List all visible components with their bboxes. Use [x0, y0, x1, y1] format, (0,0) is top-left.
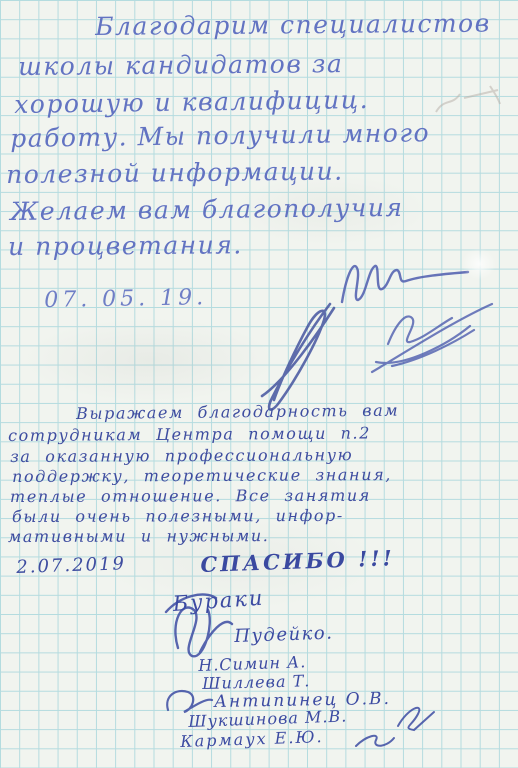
signature-flourish-1	[342, 266, 468, 302]
note2-line: мативными и нужными.	[8, 526, 270, 546]
signature-name: Кармаух Е.Ю.	[180, 727, 324, 751]
note2-thanks: СПАСИБО !!!	[200, 545, 395, 577]
note1-date: 07. 05. 19.	[44, 285, 207, 313]
signature-name: Бураки	[172, 586, 265, 616]
note1-line: работу. Мы получили много	[10, 118, 430, 153]
signature-flourishes	[0, 0, 518, 768]
scanned-page: Благодарим специалистов школы кандидатов…	[0, 0, 518, 768]
note2-line: теплые отношение. Все занятия	[10, 486, 371, 506]
signature-name: Пудейко.	[234, 623, 334, 647]
signature-name: Шукшинова М.В.	[188, 706, 348, 731]
note1-line: Благодарим специалистов	[95, 9, 491, 41]
note1-line: Желаем вам благополучия	[10, 193, 404, 226]
signature-flourish-4	[166, 594, 232, 656]
signature-flourish-3	[372, 304, 492, 372]
note1-line: школы кандидатов за	[18, 49, 343, 81]
signature-name: Антипинец О.В.	[214, 689, 391, 712]
note1-line: хорошую и квалифициц.	[14, 85, 369, 119]
signature-flourish-6	[398, 708, 434, 730]
signature-name: Шиллева Т.	[202, 671, 311, 693]
note2-line: поддержку, теоретические знания,	[12, 465, 392, 486]
note2-line: были очень полезными, инфор-	[12, 506, 344, 526]
signature-flourish-7	[356, 736, 394, 746]
note2-date: 2.07.2019	[16, 553, 126, 578]
correction-fluid-mark	[462, 248, 496, 280]
note2-line: Выражаем благодарность вам	[76, 401, 399, 423]
note2-line: сотрудникам Центра помощи п.2	[8, 423, 371, 445]
pencil-mark	[436, 86, 500, 112]
signature-name: Н.Симин А.	[198, 652, 307, 675]
signature-flourish-5	[167, 691, 212, 712]
signature-flourish-2	[262, 304, 334, 410]
note1-line: полезной информации.	[6, 156, 344, 189]
note1-line: и процветания.	[8, 230, 243, 261]
note2-line: за оказанную профессиональную	[10, 445, 353, 466]
